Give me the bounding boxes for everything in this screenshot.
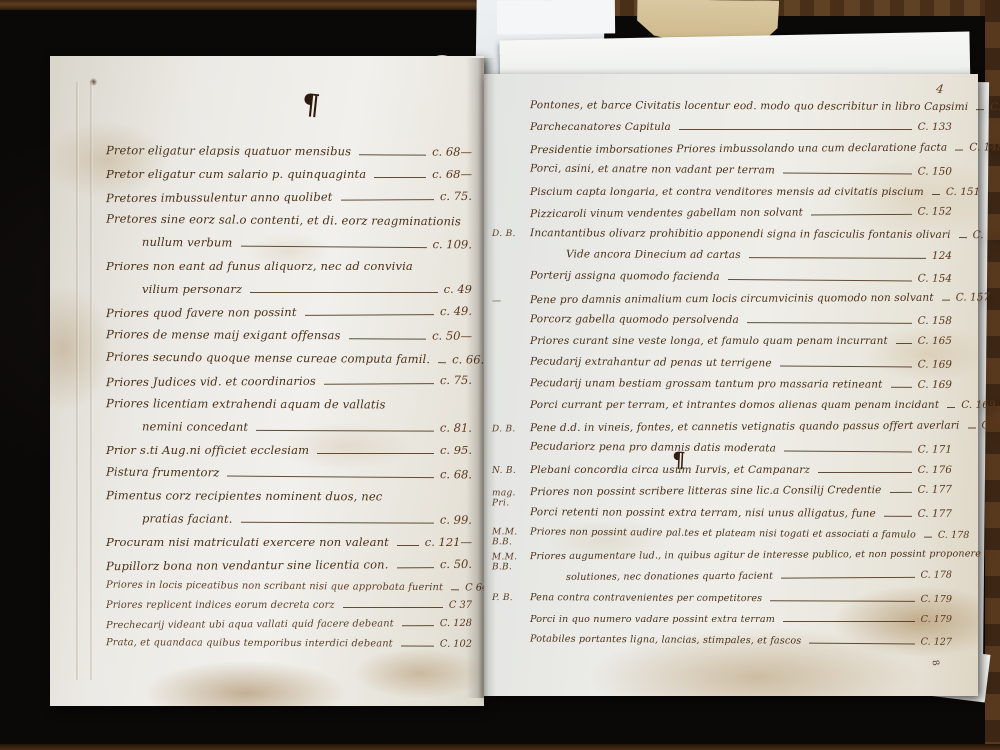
entry-line: Porci, asini, et anatre non vadant per t…	[492, 162, 952, 187]
entry-text: Porcorz gabella quomodo persolvenda	[530, 313, 739, 326]
index-entry: Pretores imbussulentur anno quolibetc. 7…	[106, 189, 472, 214]
entry-ref: c. 68.	[440, 467, 472, 481]
entry-ref: C. 177	[918, 484, 952, 496]
entry-ref: 124	[932, 251, 952, 263]
index-entry: Prechecarij videant ubi aqua vallati qui…	[106, 618, 472, 639]
right-manuscript-page: 4 Pontones, et barce Civitatis locentur …	[484, 74, 978, 696]
entry-wrap-line: solutiones, nec donationes quarto facien…	[492, 570, 952, 594]
entry-rule	[884, 516, 912, 517]
page-crease	[76, 82, 79, 680]
entry-text: Parchecanatores Capitula	[530, 121, 671, 133]
index-entry: Pretores sine eorz sal.o contenti, et di…	[106, 212, 472, 261]
entry-text: Pistura frumentorz	[106, 465, 220, 480]
entry-ref: C. 157	[956, 291, 990, 303]
entry-text: pratias faciant.	[106, 511, 233, 526]
entry-line: Pecudarij unam bestiam grossam tantum pr…	[492, 377, 952, 400]
entry-rule	[780, 365, 912, 367]
entry-text: Priores de mense maij exigant offensas	[106, 327, 341, 342]
entry-line: Pretores sine eorz sal.o contenti, et di…	[106, 212, 472, 238]
index-entry: M.M. B.B.Priores non possint audire pal.…	[492, 527, 952, 552]
entry-text: Priores replicent indices eorum decreta …	[106, 600, 335, 611]
entry-line: M.M. B.B.Priores augumentare lud., in qu…	[492, 548, 952, 572]
entry-text: nullum verbum	[106, 235, 233, 250]
entry-text: Pretor eligatur cum salario p. quinquagi…	[106, 167, 366, 181]
entry-text: Porterij assigna quomodo facienda	[530, 270, 720, 283]
entry-text: Pena contra contravenientes per competit…	[530, 592, 762, 604]
index-entry: —Pene pro damnis animalium cum locis cir…	[492, 291, 952, 315]
entry-rule	[784, 451, 912, 453]
entry-rule	[240, 246, 426, 248]
entry-line: Prata, et quandaca quibus temporibus int…	[106, 637, 472, 658]
margin-note: —	[492, 296, 530, 306]
index-entry: Pecudarij unam bestiam grossam tantum pr…	[492, 377, 952, 400]
entry-wrap-line: pratias faciant.c. 99.	[106, 511, 472, 536]
entry-rule	[781, 577, 915, 579]
entry-text: Priores in locis piceatibus non scribant…	[106, 580, 443, 594]
entry-rule	[728, 279, 912, 281]
entry-line: D. B.Incantantibus olivarz prohibitio ap…	[492, 227, 952, 250]
entry-rule	[438, 362, 446, 363]
entry-text: Priores non possint audire pal.tes et pl…	[530, 527, 916, 541]
entry-rule	[250, 292, 437, 293]
entry-ref: C. 102	[440, 639, 472, 650]
entry-line: Procuram nisi matriculati exercere non v…	[106, 535, 472, 558]
entry-line: Pretor eligatur elapsis quatuor mensibus…	[106, 143, 472, 168]
entry-line: Piscium capta longaria, et contra vendit…	[492, 186, 952, 207]
page-crease	[90, 82, 93, 680]
entry-ref: C. 152	[918, 206, 952, 218]
index-entry: Pontones, et barce Civitatis locentur eo…	[492, 99, 952, 122]
entry-line: Porci currant per terram, et intrantes d…	[492, 399, 952, 420]
entry-line: Pizzicaroli vinum vendentes gabellam non…	[492, 206, 952, 230]
entry-ref: C. 133	[918, 121, 952, 133]
wood-table-edge-bottom	[0, 744, 1000, 750]
entry-rule	[749, 258, 926, 260]
entry-text: Priores quod favere non possint	[106, 305, 297, 320]
index-entry: D. B.Incantantibus olivarz prohibitio ap…	[492, 227, 952, 272]
entry-ref: c. 50—	[432, 329, 472, 343]
entry-text: Procuram nisi matriculati exercere non v…	[106, 535, 389, 549]
index-entry: Pecudarij extrahantur ad penas ut terrig…	[492, 355, 952, 380]
entry-line: M.M. B.B.Priores non possint audire pal.…	[492, 527, 952, 552]
entry-wrap-line: vilium personarzc. 49	[106, 282, 472, 305]
entry-ref: C. 178	[921, 570, 952, 581]
entry-line: Priores replicent indices eorum decreta …	[106, 600, 472, 619]
entry-ref: C. 169	[918, 379, 952, 391]
entry-rule	[747, 322, 912, 324]
entry-rule	[811, 214, 912, 216]
margin-note: M.M. B.B.	[492, 552, 530, 572]
entry-rule	[349, 338, 427, 339]
entry-ref: C. 128	[440, 618, 472, 629]
folio-number: 4	[935, 82, 945, 97]
entry-text: Priores secundo quoque mense cureae comp…	[106, 350, 430, 367]
entry-wrap-line: nullum verbumc. 109.	[106, 235, 472, 261]
index-entry: mag. Pri.Priores non possint scribere li…	[492, 484, 952, 509]
entry-rule	[818, 472, 912, 473]
entry-ref: C. 165	[918, 335, 952, 347]
entry-rule	[397, 545, 419, 546]
entry-line: Priores curant sine veste longa, et famu…	[492, 335, 952, 356]
entry-ref: C. 150	[918, 166, 952, 178]
left-manuscript-page: ¶ Pretor eligatur elapsis quatuor mensib…	[50, 56, 484, 706]
entry-line: Pecudarij extrahantur ad penas ut terrig…	[492, 355, 952, 380]
entry-rule	[896, 343, 912, 344]
index-entry: Parchecanatores CapitulaC. 133	[492, 121, 952, 142]
entry-text: Pimentus corz recipientes nominent duos,…	[106, 488, 382, 503]
entry-line: Priores Judices vid. et coordinariosc. 7…	[106, 373, 472, 398]
paper-slip	[497, 0, 615, 35]
entry-rule	[402, 625, 434, 626]
entry-text: Porci currant per terram, et intrantes d…	[530, 399, 939, 411]
entry-rule	[227, 476, 434, 479]
ink-blot: ¶	[671, 447, 686, 473]
entry-text: Priores curant sine veste longa, et famu…	[530, 335, 888, 347]
entry-ref: c. 50.	[440, 557, 472, 571]
entry-line: Priores in locis piceatibus non scribant…	[106, 580, 472, 602]
margin-note: M.M. B.B.	[492, 528, 530, 548]
index-entry: Prata, et quandaca quibus temporibus int…	[106, 637, 472, 658]
entry-rule	[256, 430, 434, 432]
entry-rule	[324, 383, 434, 385]
entry-line: Porci in quo numero vadare possint extra…	[492, 614, 952, 635]
margin-note: P. B.	[492, 593, 530, 603]
index-entry: Piscium capta longaria, et contra vendit…	[492, 186, 952, 207]
entry-line: Potabiles portantes ligna, lancias, stim…	[492, 634, 952, 659]
index-entry: Prior s.ti Aug.ni officiet ecclesiamc. 9…	[106, 443, 472, 466]
entry-wrap-line: nemini concedantc. 81.	[106, 419, 472, 444]
entry-ref: c. 81.	[440, 421, 472, 435]
pilcrow-mark: ¶	[300, 87, 321, 122]
index-entry: Priores quod favere non possintc. 49.	[106, 304, 472, 329]
entry-ref: C. 148	[969, 141, 1000, 153]
index-entry: Priores de mense maij exigant offensasc.…	[106, 327, 472, 352]
entry-ref: C. 171	[918, 444, 952, 456]
entry-text: Vide ancora Dinecium ad cartas	[530, 249, 741, 262]
index-entry: Priores Judices vid. et coordinariosc. 7…	[106, 373, 472, 398]
entry-ref: c. 75.	[440, 189, 472, 203]
index-entry: Porci currant per terram, et intrantes d…	[492, 399, 952, 420]
entry-ref: C. 169	[918, 358, 952, 370]
index-entry: Pistura frumentorzc. 68.	[106, 465, 472, 491]
index-entry: Porcorz gabella quomodo persolvendaC. 15…	[492, 313, 952, 336]
index-entry: Procuram nisi matriculati exercere non v…	[106, 535, 472, 558]
entry-ref: C. 179	[921, 593, 952, 604]
entry-rule	[241, 522, 434, 524]
index-entry: Pretor eligatur elapsis quatuor mensibus…	[106, 143, 472, 168]
entry-rule	[959, 237, 967, 238]
index-entry: Porci, asini, et anatre non vadant per t…	[492, 162, 952, 187]
entry-ref: C. 148.	[990, 101, 1000, 113]
entry-ref: c. 68—	[432, 145, 472, 159]
index-entry: Potabiles portantes ligna, lancias, stim…	[492, 634, 952, 659]
entry-text: Prior s.ti Aug.ni officiet ecclesiam	[106, 443, 309, 457]
index-entry: P. B.Pena contra contravenientes per com…	[492, 592, 952, 615]
index-entry: Pecudariorz pena pro damnis datis modera…	[492, 440, 952, 465]
entry-ref: c. 99.	[440, 513, 472, 527]
entry-line: Pecudariorz pena pro damnis datis modera…	[492, 440, 952, 465]
entry-rule	[924, 537, 932, 538]
entry-rule	[374, 177, 426, 178]
entry-rule	[947, 407, 955, 408]
entry-line: Priores non eant ad funus aliquorz, nec …	[106, 259, 472, 282]
entry-text: Porci retenti non possint extra terram, …	[530, 506, 876, 520]
entry-text: Piscium capta longaria, et contra vendit…	[530, 186, 924, 198]
entry-line: Pistura frumentorzc. 68.	[106, 465, 472, 491]
entry-rule	[341, 199, 434, 201]
left-page-index-entries: Pretor eligatur elapsis quatuor mensibus…	[106, 144, 472, 657]
entry-text: Priores augumentare lud., in quibus agit…	[530, 548, 981, 562]
entry-text: Pretores sine eorz sal.o contenti, et di…	[106, 212, 461, 229]
entry-rule	[401, 645, 434, 646]
entry-rule	[809, 643, 914, 645]
entry-ref: C. 176	[918, 464, 952, 476]
margin-note: D. B.	[492, 229, 530, 239]
entry-text: Pretores imbussulentur anno quolibet	[106, 190, 333, 205]
entry-text: Pecudariorz pena pro damnis datis modera…	[530, 441, 776, 455]
entry-text: Pene d.d. in vineis, fontes, et cannetis…	[530, 419, 960, 434]
index-entry: Pimentus corz recipientes nominent duos,…	[106, 488, 472, 536]
entry-rule	[305, 314, 434, 316]
entry-ref: C. 154	[973, 229, 1000, 241]
entry-rule	[770, 600, 914, 602]
wood-table-edge-top-right	[560, 0, 1000, 16]
entry-ref: c. 109.	[433, 237, 472, 251]
entry-text: Porci in quo numero vadare possint extra…	[530, 614, 775, 625]
entry-line: Parchecanatores CapitulaC. 133	[492, 121, 952, 142]
entry-ref: c. 75.	[440, 373, 472, 387]
entry-text: nemini concedant	[106, 419, 248, 434]
entry-rule	[359, 154, 426, 155]
entry-text: Incantantibus olivarz prohibitio apponen…	[530, 228, 951, 242]
index-entry: Priores secundo quoque mense cureae comp…	[106, 350, 472, 376]
entry-ref: C. 151	[946, 186, 980, 198]
index-entry: Priores licentiam extrahendi aquam de va…	[106, 396, 472, 444]
entry-wrap-line: Vide ancora Dinecium ad cartas124	[492, 249, 952, 272]
entry-text: solutiones, nec donationes quarto facien…	[530, 571, 773, 583]
entry-line: Priores licentiam extrahendi aquam de va…	[106, 396, 472, 421]
margin-note: N. B.	[492, 466, 530, 476]
entry-line: Prechecarij videant ubi aqua vallati qui…	[106, 618, 472, 639]
manuscript-photo: ¶ Pretor eligatur elapsis quatuor mensib…	[0, 0, 1000, 750]
corner-mark: 8	[930, 659, 941, 666]
index-entry: Priores non eant ad funus aliquorz, nec …	[106, 259, 472, 305]
entry-text: Priores non eant ad funus aliquorz, nec …	[106, 259, 413, 273]
entry-rule	[451, 589, 459, 590]
entry-text: Priores non possint scribere litteras si…	[530, 484, 882, 498]
index-entry: Pupillorz bona non vendantur sine licent…	[106, 557, 472, 582]
entry-line: Prior s.ti Aug.ni officiet ecclesiamc. 9…	[106, 443, 472, 466]
index-entry: Priores replicent indices eorum decreta …	[106, 600, 472, 619]
entry-ref: c. 66.	[452, 352, 484, 366]
entry-rule	[967, 427, 975, 428]
entry-text: Pene pro damnis animalium cum locis circ…	[530, 291, 934, 305]
entry-ref: c. 49.	[440, 304, 472, 318]
entry-text: Pecudarij extrahantur ad penas ut terrig…	[530, 355, 772, 369]
entry-text: vilium personarz	[106, 282, 242, 296]
entry-ref: C. 158	[918, 315, 952, 327]
margin-note: D. B.	[492, 424, 530, 434]
entry-rule	[397, 567, 434, 568]
entry-line: N. B.Plebani concordia circa usum Iurvis…	[492, 464, 952, 485]
entry-text: Presidentie imborsationes Priores imbuss…	[530, 141, 947, 156]
entry-rule	[783, 621, 915, 622]
entry-line: Pupillorz bona non vendantur sine licent…	[106, 557, 472, 582]
index-entry: Porterij assigna quomodo faciendaC. 154	[492, 269, 952, 294]
right-page-index-entries: Pontones, et barce Civitatis locentur eo…	[492, 100, 952, 657]
entry-text: Plebani concordia circa usum Iurvis, et …	[530, 464, 810, 476]
entry-text: Porci, asini, et anatre non vadant per t…	[530, 163, 775, 177]
entry-rule	[783, 173, 912, 175]
index-entry: Pizzicaroli vinum vendentes gabellam non…	[492, 206, 952, 230]
entry-line: mag. Pri.Priores non possint scribere li…	[492, 484, 952, 509]
entry-rule	[889, 492, 911, 493]
entry-ref: c. 95.	[440, 443, 472, 457]
entry-ref: C. 169	[961, 399, 995, 411]
entry-line: Pontones, et barce Civitatis locentur eo…	[492, 99, 952, 122]
index-entry: Porci in quo numero vadare possint extra…	[492, 614, 952, 635]
entry-ref: c. 121—	[425, 535, 472, 549]
entry-ref: C 37	[449, 600, 472, 611]
entry-line: P. B.Pena contra contravenientes per com…	[492, 592, 952, 615]
entry-ref: C. 169	[981, 419, 1000, 431]
entry-ref: C. 178	[938, 530, 970, 541]
entry-rule	[679, 129, 912, 130]
entry-line: Porterij assigna quomodo faciendaC. 154	[492, 269, 952, 294]
index-entry: Priores in locis piceatibus non scribant…	[106, 580, 472, 602]
entry-rule	[955, 149, 963, 150]
entry-ref: c. 68—	[432, 167, 472, 181]
entry-text: Pizzicaroli vinum vendentes gabellam non…	[530, 206, 803, 220]
entry-line: Priores secundo quoque mense cureae comp…	[106, 350, 472, 376]
entry-line: Pretor eligatur cum salario p. quinquagi…	[106, 167, 472, 190]
index-entry: M.M. B.B.Priores augumentare lud., in qu…	[492, 548, 952, 594]
entry-rule	[942, 299, 950, 300]
index-entry: Pretor eligatur cum salario p. quinquagi…	[106, 167, 472, 190]
entry-ref: C. 127	[921, 637, 953, 648]
entry-ref: c. 49	[444, 282, 472, 296]
entry-rule	[976, 109, 984, 110]
entry-text: Pupillorz bona non vendantur sine licent…	[106, 557, 389, 573]
entry-line: Porcorz gabella quomodo persolvendaC. 15…	[492, 313, 952, 336]
entry-line: Pretores imbussulentur anno quolibetc. 7…	[106, 189, 472, 214]
entry-text: Pontones, et barce Civitatis locentur eo…	[530, 99, 968, 113]
entry-rule	[317, 453, 434, 454]
entry-text: Priores Judices vid. et coordinarios	[106, 374, 316, 389]
entry-text: Pecudarij unam bestiam grossam tantum pr…	[530, 377, 883, 391]
entry-line: —Pene pro damnis animalium cum locis cir…	[492, 291, 952, 315]
entry-ref: C. 177	[918, 508, 952, 520]
entry-ref: C. 179	[921, 614, 952, 625]
entry-line: Pimentus corz recipientes nominent duos,…	[106, 488, 472, 513]
entry-ref: C. 154	[918, 273, 952, 285]
entry-text: Prata, et quandaca quibus temporibus int…	[106, 637, 393, 649]
entry-rule	[891, 387, 912, 388]
entry-line: Priores quod favere non possintc. 49.	[106, 304, 472, 329]
entry-text: Pretor eligatur elapsis quatuor mensibus	[106, 143, 351, 158]
index-entry: N. B.Plebani concordia circa usum Iurvis…	[492, 464, 952, 485]
entry-text: Priores licentiam extrahendi aquam de va…	[106, 396, 386, 411]
index-entry: Priores curant sine veste longa, et famu…	[492, 335, 952, 356]
entry-line: Priores de mense maij exigant offensasc.…	[106, 327, 472, 352]
entry-rule	[932, 194, 940, 195]
entry-text: Potabiles portantes ligna, lancias, stim…	[530, 634, 801, 647]
entry-text: Prechecarij videant ubi aqua vallati qui…	[106, 618, 394, 631]
entry-rule	[343, 607, 443, 608]
